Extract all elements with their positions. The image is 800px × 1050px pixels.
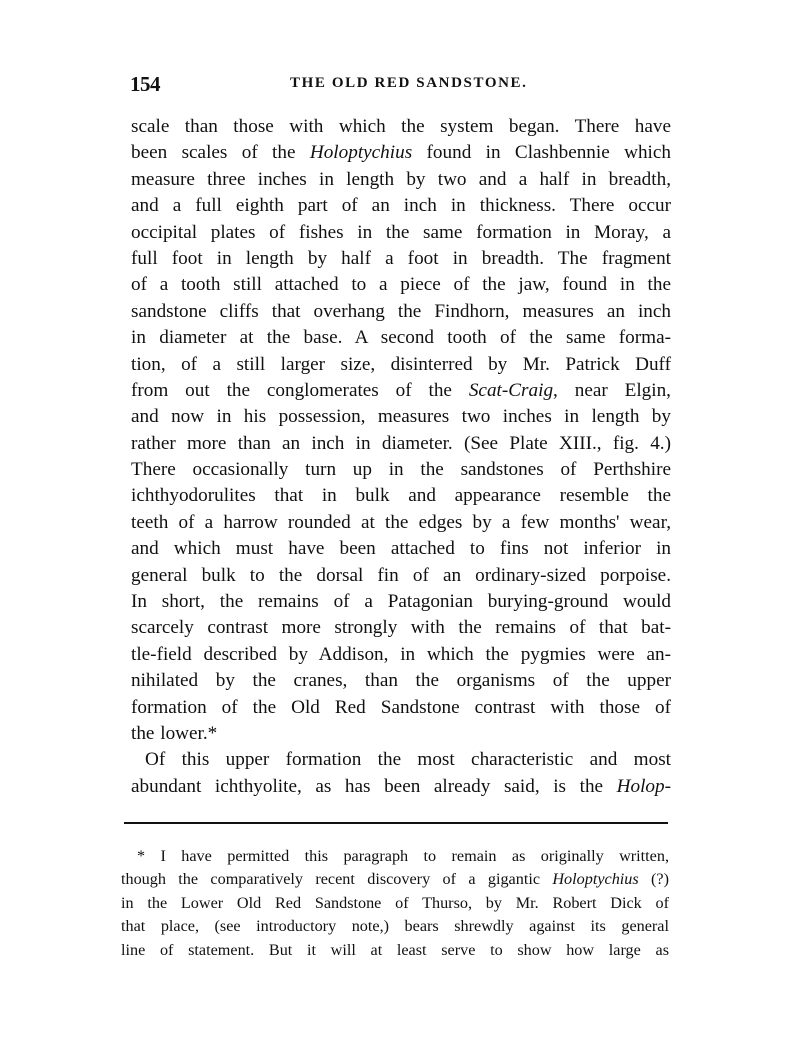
text-line: sandstone cliffs that overhang the Findh… (131, 299, 671, 325)
italic-term: Holop- (617, 776, 671, 797)
footnote-line: * I have permitted this paragraph to rem… (121, 845, 669, 868)
text-line-paragraph-start: Of this upper formation the most charact… (131, 747, 671, 773)
footnote-line: though the comparatively recent discover… (121, 868, 669, 891)
text-line-paragraph-end: the lower.* (131, 721, 671, 747)
italic-term: Holoptychius (552, 870, 638, 888)
text-line: scale than those with which the system b… (131, 114, 671, 140)
text-line: measure three inches in length by two an… (131, 167, 671, 193)
text-line: scarcely contrast more strongly with the… (131, 615, 671, 641)
page-number: 154 (130, 72, 160, 97)
text-line: tle-field described by Addison, in which… (131, 642, 671, 668)
text-line: and now in his possession, measures two … (131, 404, 671, 430)
text-line: teeth of a harrow rounded at the edges b… (131, 510, 671, 536)
italic-term: Scat-Craig (469, 380, 553, 401)
text-line: of a tooth still attached to a piece of … (131, 272, 671, 298)
footnote-line: that place, (see introductory note,) bea… (121, 915, 669, 938)
text-line: nihilated by the cranes, than the organi… (131, 668, 671, 694)
text-line: general bulk to the dorsal fin of an ord… (131, 563, 671, 589)
text-line: full foot in length by half a foot in br… (131, 246, 671, 272)
text-line: been scales of the Holoptychius found in… (131, 140, 671, 166)
text-line: occipital plates of fishes in the same f… (131, 220, 671, 246)
book-page: 154 THE OLD RED SANDSTONE. scale than th… (0, 0, 800, 1050)
text-line: rather more than an inch in diameter. (S… (131, 431, 671, 457)
running-head: 154 THE OLD RED SANDSTONE. (130, 72, 670, 98)
body-text: scale than those with which the system b… (131, 114, 671, 800)
footnote-line: line of statement. But it will at least … (121, 939, 669, 962)
footnote-rule (124, 822, 668, 824)
text-line: tion, of a still larger size, disinterre… (131, 352, 671, 378)
text-line: formation of the Old Red Sandstone contr… (131, 695, 671, 721)
footnote: * I have permitted this paragraph to rem… (121, 845, 669, 962)
text-line: There occasionally turn up in the sandst… (131, 457, 671, 483)
text-line: from out the conglomerates of the Scat-C… (131, 378, 671, 404)
text-line: In short, the remains of a Patagonian bu… (131, 589, 671, 615)
italic-term: Holoptychius (310, 142, 412, 163)
text-line: in diameter at the base. A second tooth … (131, 325, 671, 351)
text-line: abundant ichthyolite, as has been alread… (131, 774, 671, 800)
footnote-line: in the Lower Old Red Sandstone of Thurso… (121, 892, 669, 915)
text-line: ichthyodorulites that in bulk and appear… (131, 483, 671, 509)
text-line: and which must have been attached to fin… (131, 536, 671, 562)
running-title: THE OLD RED SANDSTONE. (290, 75, 527, 92)
text-line: and a full eighth part of an inch in thi… (131, 193, 671, 219)
